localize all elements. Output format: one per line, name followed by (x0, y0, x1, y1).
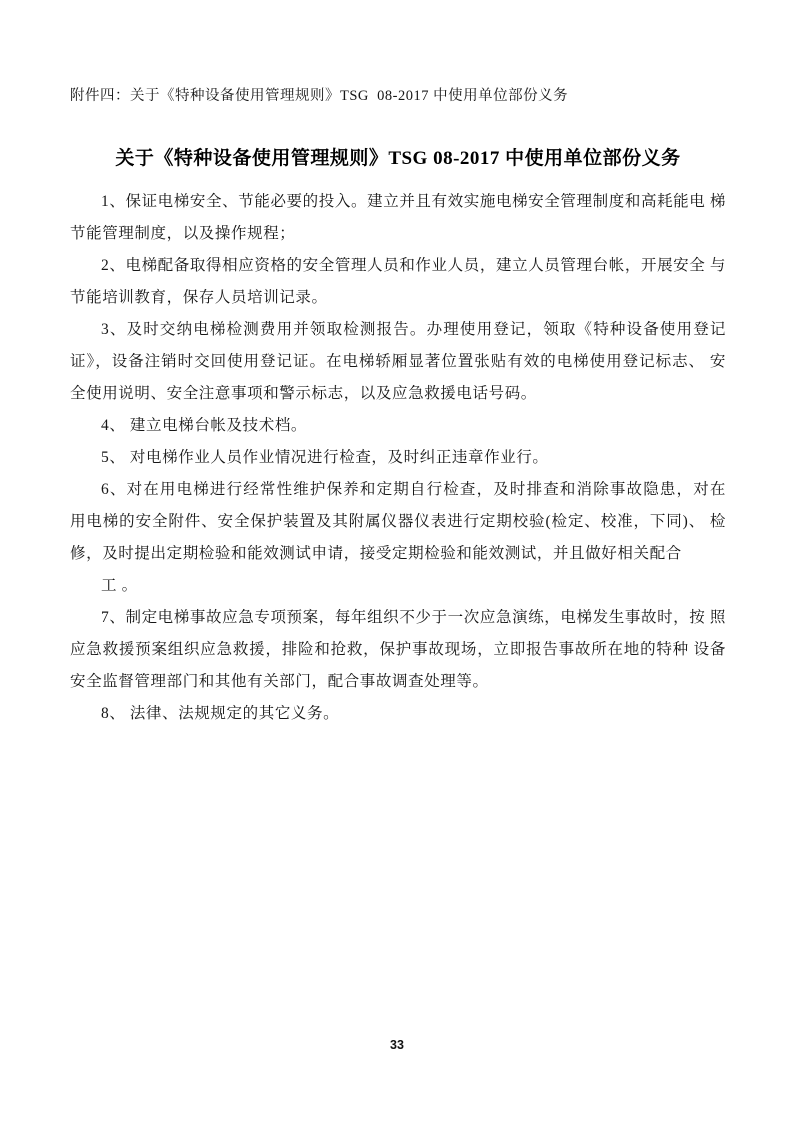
paragraph: 4、 建立电梯台帐及技术档。 (70, 410, 726, 442)
document-content: 附件四：关于《特种设备使用管理规则》TSG 08-2017 中使用单位部份义务 … (70, 86, 726, 730)
document-title: 关于《特种设备使用管理规则》TSG 08-2017 中使用单位部份义务 (70, 146, 726, 172)
paragraph: 7、制定电梯事故应急专项预案，每年组织不少于一次应急演练，电梯发生事故时，按 照… (70, 602, 726, 698)
paragraph: 2、电梯配备取得相应资格的安全管理人员和作业人员，建立人员管理台帐，开展安全 与… (70, 250, 726, 314)
paragraph: 3、及时交纳电梯检测费用并领取检测报告。办理使用登记，领取《特种设备使用登记 证… (70, 314, 726, 410)
paragraph: 5、 对电梯作业人员作业情况进行检查，及时纠正违章作业行。 (70, 442, 726, 474)
paragraph-list: 1、保证电梯安全、节能必要的投入。建立并且有效实施电梯安全管理制度和高耗能电 梯… (70, 186, 726, 730)
paragraph: 6、对在用电梯进行经常性维护保养和定期自行检查，及时排查和消除事故隐患，对在 用… (70, 474, 726, 570)
document-page: 附件四：关于《特种设备使用管理规则》TSG 08-2017 中使用单位部份义务 … (0, 0, 794, 1122)
paragraph: 工 。 (70, 570, 726, 602)
paragraph: 1、保证电梯安全、节能必要的投入。建立并且有效实施电梯安全管理制度和高耗能电 梯… (70, 186, 726, 250)
page-number: 33 (0, 1038, 794, 1052)
attachment-line: 附件四：关于《特种设备使用管理规则》TSG 08-2017 中使用单位部份义务 (70, 86, 726, 106)
paragraph: 8、 法律、法规规定的其它义务。 (70, 698, 726, 730)
